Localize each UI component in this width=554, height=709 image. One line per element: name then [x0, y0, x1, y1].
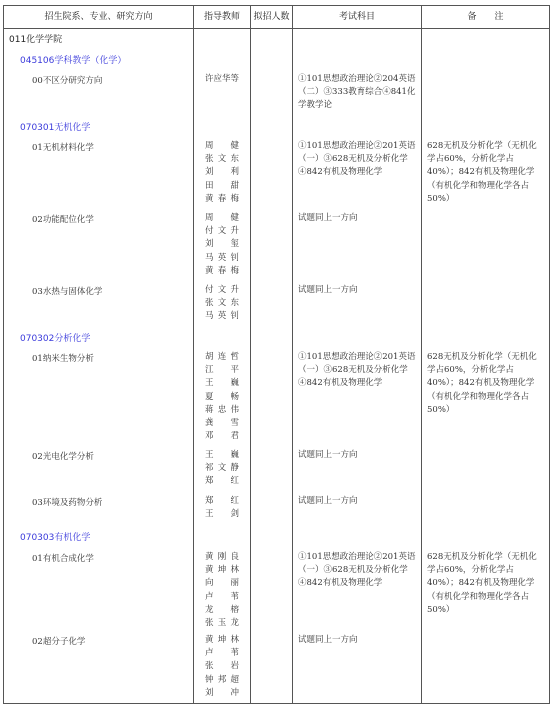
- exam-subjects: 试题同上一方向: [298, 449, 416, 462]
- teacher-name: 郑 红: [205, 495, 239, 508]
- teacher-name: 向 丽: [205, 577, 239, 590]
- teacher-name: 张文东: [205, 297, 239, 310]
- teacher-name: 江 平: [205, 364, 239, 377]
- teacher-name: 马英钊: [205, 310, 239, 323]
- direction-name: 03环境及药物分析: [32, 496, 102, 508]
- teacher-name: 夏 畅: [205, 391, 239, 404]
- teacher-name: 周 健: [205, 212, 239, 225]
- teacher-list: 周 健 张文东 刘 利 田 甜 黄春梅: [205, 140, 239, 206]
- major-title: 045106学科教学（化学）: [20, 53, 126, 66]
- teacher-name: 郑 红: [205, 475, 239, 488]
- teacher-name: 龙 榕: [205, 604, 239, 617]
- teacher-name: 蒋忠伟: [205, 404, 239, 417]
- header-note: 备 注: [422, 6, 549, 28]
- exam-subjects: ①101思想政治理论②201英语（一）③628无机及分析化学④842有机及物理化…: [298, 140, 416, 180]
- header-supervisor: 指导教师: [194, 6, 250, 28]
- teacher-name: 王 巍: [205, 377, 239, 390]
- teacher-list: 王 巍 祁文静 郑 红: [205, 449, 239, 489]
- major-title: 070303有机化学: [20, 530, 90, 543]
- exam-subjects: ①101思想政治理论②204英语（二）③333教育综合④841化学教学论: [298, 73, 416, 113]
- header-program: 招生院系、专业、研究方向: [4, 6, 193, 28]
- teacher-name: 黄春梅: [205, 193, 239, 206]
- teacher-name: 周 健: [205, 140, 239, 153]
- direction-name: 00不区分研究方向: [32, 74, 102, 86]
- teacher-name: 张玉龙: [205, 617, 239, 630]
- header-quota: 拟招人数: [251, 6, 292, 28]
- teacher-name: 钟邦超: [205, 674, 239, 687]
- teacher-name: 刘 玺: [205, 238, 239, 251]
- teacher-name: 田 甜: [205, 180, 239, 193]
- major-title: 070301无机化学: [20, 120, 90, 133]
- teacher-name: 龚 雪: [205, 417, 239, 430]
- teacher-name: 祁文静: [205, 462, 239, 475]
- teacher-list: 胡连哲 江 平 王 巍 夏 畅 蒋忠伟 龚 雪 邓 君: [205, 351, 239, 443]
- exam-note: 628无机及分析化学（无机化学占60%，分析化学占40%）；842有机及物理化学…: [427, 551, 545, 617]
- direction-name: 02功能配位化学: [32, 213, 94, 225]
- column-divider: [193, 6, 194, 703]
- teacher-list: 付文升 张文东 马英钊: [205, 284, 239, 324]
- teacher-name: 胡连哲: [205, 351, 239, 364]
- teacher-name: 马英钊: [205, 252, 239, 265]
- exam-note: 628无机及分析化学（无机化学占60%，分析化学占40%）；842有机及物理化学…: [427, 351, 545, 417]
- exam-subjects: ①101思想政治理论②201英语（一）③628无机及分析化学④842有机及物理化…: [298, 351, 416, 391]
- teacher-name: 许应华等: [205, 73, 239, 86]
- teacher-name: 卢 苇: [205, 591, 239, 604]
- teacher-list: 黄坤林 卢 苇 张 岩 钟邦超 刘 冲: [205, 634, 239, 700]
- teacher-name: 付文升: [205, 225, 239, 238]
- teacher-list: 郑 红 王 剑: [205, 495, 239, 521]
- teacher-name: 王 巍: [205, 449, 239, 462]
- teacher-list: 黄刚良 黄坤林 向 丽 卢 苇 龙 榕 张玉龙: [205, 551, 239, 630]
- exam-subjects: ①101思想政治理论②201英语（一）③628无机及分析化学④842有机及物理化…: [298, 551, 416, 591]
- header-exam: 考试科目: [293, 6, 421, 28]
- direction-name: 02超分子化学: [32, 635, 85, 647]
- teacher-name: 黄春梅: [205, 265, 239, 278]
- admissions-table: 招生院系、专业、研究方向 指导教师 拟招人数 考试科目 备 注 011化学学院 …: [3, 5, 550, 704]
- header-divider: [4, 28, 549, 29]
- teacher-name: 邓 君: [205, 430, 239, 443]
- major-title: 070302分析化学: [20, 331, 90, 344]
- teacher-name: 张 岩: [205, 660, 239, 673]
- exam-subjects: 试题同上一方向: [298, 212, 416, 225]
- column-divider: [292, 6, 293, 703]
- exam-note: 628无机及分析化学（无机化学占60%，分析化学占40%）；842有机及物理化学…: [427, 140, 545, 206]
- teacher-name: 刘 冲: [205, 687, 239, 700]
- column-divider: [421, 6, 422, 703]
- direction-name: 01无机材料化学: [32, 141, 94, 153]
- department-title: 011化学学院: [9, 32, 62, 45]
- exam-subjects: 试题同上一方向: [298, 495, 416, 508]
- teacher-list: 周 健 付文升 刘 玺 马英钊 黄春梅: [205, 212, 239, 278]
- teacher-name: 黄坤林: [205, 634, 239, 647]
- direction-name: 02光电化学分析: [32, 450, 94, 462]
- teacher-name: 王 剑: [205, 508, 239, 521]
- teacher-name: 黄坤林: [205, 564, 239, 577]
- direction-name: 01有机合成化学: [32, 552, 94, 564]
- column-divider: [250, 6, 251, 703]
- teacher-name: 付文升: [205, 284, 239, 297]
- teacher-name: 刘 利: [205, 166, 239, 179]
- direction-name: 01纳米生物分析: [32, 352, 94, 364]
- teacher-name: 张文东: [205, 153, 239, 166]
- teacher-name: 黄刚良: [205, 551, 239, 564]
- exam-subjects: 试题同上一方向: [298, 634, 416, 647]
- direction-name: 03水热与固体化学: [32, 285, 102, 297]
- exam-subjects: 试题同上一方向: [298, 284, 416, 297]
- teacher-name: 卢 苇: [205, 647, 239, 660]
- teacher-list: 许应华等: [205, 73, 239, 86]
